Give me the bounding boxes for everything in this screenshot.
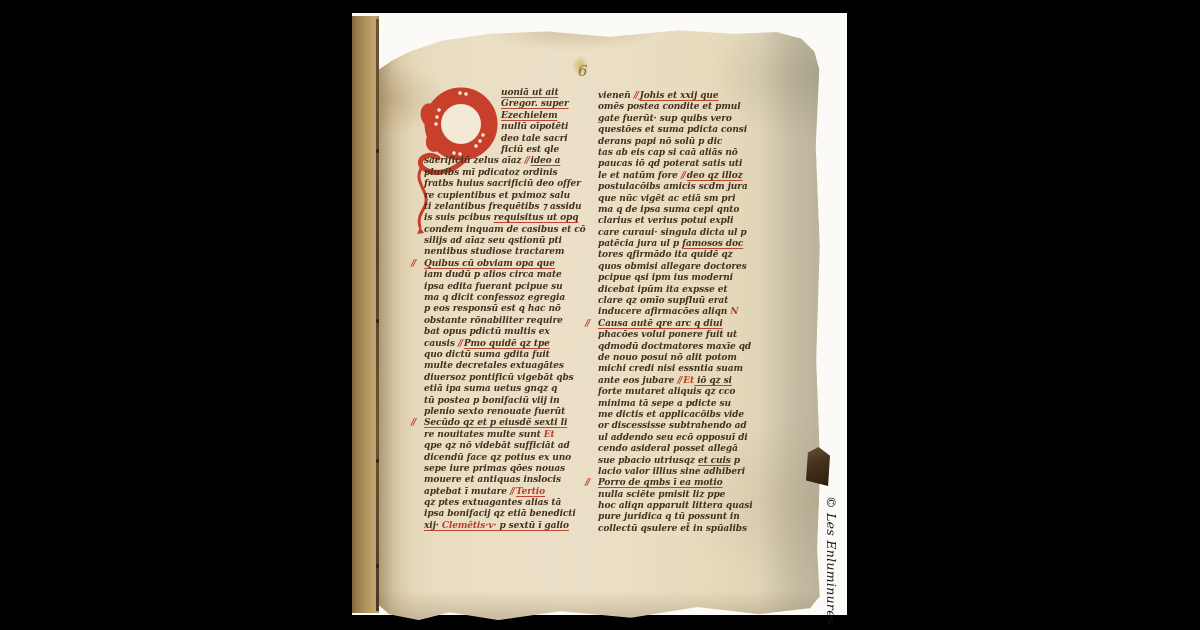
- manuscript-line: forte mutaret aliquis qz cco: [598, 387, 750, 398]
- manuscript-line: diuersoz pontificū vigebāt qbs: [424, 373, 596, 384]
- manuscript-line: p eos responsū est q hac nō: [424, 304, 596, 315]
- manuscript-line: phacōes volui ponere fuit ut: [598, 330, 750, 341]
- manuscript-line: nentibus studiose tractarem: [424, 247, 596, 258]
- manuscript-line: //Secūdo qz et p eiusdē sexti li: [424, 418, 596, 429]
- manuscript-line: clarius et verius potui expli: [598, 216, 750, 227]
- manuscript-line: ante eos jubare //Et iō qz si: [598, 376, 750, 387]
- manuscript-line: care curaui· singula dicta ul p: [598, 228, 750, 239]
- manuscript-line: le et natūm fore //deo qz illoz: [598, 171, 750, 182]
- manuscript-line: dicebat ipūm ita expsse et: [598, 285, 750, 296]
- manuscript-line: pluribs mī pdicatoz ordinis: [424, 168, 596, 179]
- manuscript-line: tū postea p bonifaciū viij in: [424, 396, 596, 407]
- gutter-fold-line: [376, 19, 379, 611]
- manuscript-line: michi credi nisi essntia suam: [598, 364, 750, 375]
- manuscript-line: or discessisse subtrahendo ad: [598, 421, 750, 432]
- manuscript-line: pure juridica q tū possunt in: [598, 512, 750, 523]
- manuscript-line: hoc aliqn apparuit littera quasi: [598, 501, 750, 512]
- manuscript-line: ma q dicit confessoz egregia: [424, 293, 596, 304]
- manuscript-line: bat opus pdictū multis ex: [424, 327, 596, 338]
- manuscript-line: ipsa bonifacij qz etiā benedicti: [424, 509, 596, 520]
- manuscript-line: patēcia jura ul p famosos doc: [598, 239, 750, 250]
- manuscript-line: re nouitates multe sunt Et: [424, 430, 596, 441]
- manuscript-line: //Causa autē qre arc q diui: [598, 319, 750, 330]
- manuscript-line: deo tale sacri: [424, 134, 596, 145]
- manuscript-line: postulacōibs amicis scdm jura: [598, 182, 750, 193]
- manuscript-line: re cupientibus et pximoz salu: [424, 191, 596, 202]
- manuscript-line: ficiū est qle: [424, 145, 596, 156]
- manuscript-line: vienen̄ //Johis et xxij que: [598, 91, 750, 102]
- manuscript-line: que nūc vigēt ac etiā sm pri: [598, 194, 750, 205]
- manuscript-line: pcipue qsi ipm ius moderni: [598, 273, 750, 284]
- manuscript-line: qpe qz nō videbāt sufficiāt ad: [424, 441, 596, 452]
- manuscript-line: quos obmisi allegare doctores: [598, 262, 750, 273]
- manuscript-line: gate fuerūt· sup quibs vero: [598, 114, 750, 125]
- manuscript-line: iam dudū p alios circa mate: [424, 270, 596, 281]
- manuscript-line: quo dictū suma gdita fuit: [424, 350, 596, 361]
- manuscript-line: qdmodū doctmatores maxīe qd: [598, 342, 750, 353]
- manuscript-line: qz ptes extuagantes alias tā: [424, 498, 596, 509]
- manuscript-line: Ezechielem: [424, 111, 596, 122]
- manuscript-line: nullū oīpotēti: [424, 122, 596, 133]
- manuscript-line: //Quibus cū obviam opa que: [424, 259, 596, 270]
- manuscript-line: questōes et suma pdicta consi: [598, 125, 750, 136]
- manuscript-line: multe decretales extuagātes: [424, 361, 596, 372]
- manuscript-line: collectū qsulere et̄ in spūalibs: [598, 524, 750, 535]
- manuscript-line: tores qfirmādo ita quidē qz: [598, 250, 750, 261]
- manuscript-line: obstante rōnabiliter require: [424, 316, 596, 327]
- manuscript-line: inducere afirmacōes aliqn N: [598, 307, 750, 318]
- manuscript-line: uoniā ut ait: [424, 88, 596, 99]
- manuscript-line: clare qz omīo supfluū erat: [598, 296, 750, 307]
- text-column-left: uoniā ut aitGregor. superEzechielemnullū…: [424, 88, 596, 532]
- manuscript-line: de nouo posui nō alit potom: [598, 353, 750, 364]
- manuscript-line: minima tā sepe a pdicte su: [598, 399, 750, 410]
- manuscript-line: cendo asideral posset allegā: [598, 444, 750, 455]
- fore-edge-tab: [806, 447, 830, 486]
- manuscript-line: plenio sexto renouate fuerūt: [424, 407, 596, 418]
- manuscript-line: causis //Pmo quidē qz tpe: [424, 339, 596, 350]
- manuscript-line: lacio valor illius sine adhiberi: [598, 467, 750, 478]
- manuscript-line: ul addendo seu ecō opposuī di: [598, 433, 750, 444]
- manuscript-line: ti zelantibus frequētibs ⁊ assidu: [424, 202, 596, 213]
- manuscript-line: sue pbacio utriusqz et cuis p: [598, 456, 750, 467]
- copyright-notice: © Les Enluminures: [824, 496, 839, 616]
- manuscript-line: ipsa edita fuerant pcipue su: [424, 282, 596, 293]
- manuscript-leaf: 6 uoniā ut aitGregor. superEzechielemnul…: [379, 28, 821, 620]
- manuscript-line: me dictis et applicacōibs vide: [598, 410, 750, 421]
- manuscript-line: omēs postea condite et pmul: [598, 102, 750, 113]
- manuscript-line: fratbs huius sacrificiū deo offer: [424, 179, 596, 190]
- book-binding-edge: [352, 16, 379, 613]
- manuscript-line: paucas iō qd poterat satis uti: [598, 159, 750, 170]
- manuscript-photo: 6 uoniā ut aitGregor. superEzechielemnul…: [352, 13, 847, 615]
- manuscript-line: derans papi nō solū p dic: [598, 137, 750, 148]
- manuscript-line: tas ab eis cap si caā aliās nō: [598, 148, 750, 159]
- manuscript-line: condem inquam de casibus et cō: [424, 225, 596, 236]
- manuscript-line: sepe iure primas qōes nouas: [424, 464, 596, 475]
- manuscript-line: is suis pcibus requisitus ut opq: [424, 213, 596, 224]
- manuscript-line: dicendū face qz potius ex uno: [424, 453, 596, 464]
- text-column-right: vienen̄ //Johis et xxij queomēs postea c…: [598, 91, 750, 535]
- manuscript-line: nulla sciēte pmisit liz ppe: [598, 490, 750, 501]
- manuscript-line: etiā ipa suma uetus gnqz q: [424, 384, 596, 395]
- manuscript-line: //Porro de qmbs ī ea motio: [598, 478, 750, 489]
- manuscript-line: Gregor. super: [424, 99, 596, 110]
- manuscript-line: ma q de ipsa suma cepi qnto: [598, 205, 750, 216]
- manuscript-line: xij· Clemētis·v· p sextū ī galio: [424, 521, 596, 532]
- folio-number: 6: [578, 64, 588, 79]
- manuscript-line: aptebat ī mutare //Tertio: [424, 487, 596, 498]
- manuscript-line: mouere et antiquas inslocis: [424, 475, 596, 486]
- page-background: { "photo":{ "copyright_notice":"© Les En…: [0, 0, 1200, 630]
- manuscript-line: sacrificiū zelus aīaz //ideo a: [424, 156, 596, 167]
- manuscript-line: silijs ad aīaz seu qstionū pti: [424, 236, 596, 247]
